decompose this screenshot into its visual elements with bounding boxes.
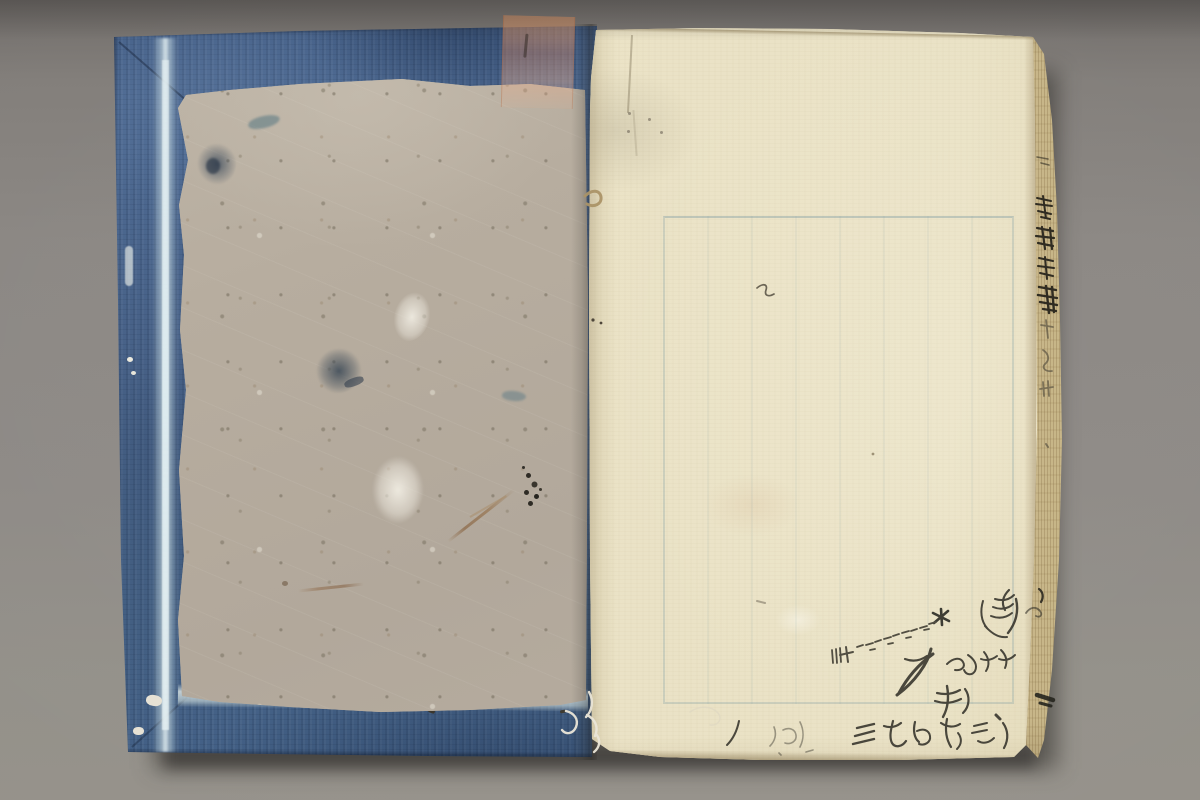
dirt-speck (627, 130, 630, 133)
cover-left-edge (106, 36, 119, 754)
brown-fleck (282, 581, 288, 586)
page-crease (627, 35, 633, 113)
paste-blotch (389, 289, 435, 345)
cover-wear-chip (131, 371, 136, 375)
blue-fibre-clump (311, 343, 367, 399)
cover-wear-chip (127, 357, 133, 362)
cover-wear-chip (133, 727, 144, 735)
cover-worn-fold-stripe-core (162, 60, 169, 730)
tape-crease-mark (523, 34, 528, 58)
repair-tape (501, 15, 575, 109)
dirt-speck (648, 118, 651, 121)
dirt-speck (660, 131, 663, 134)
dirt-speck (628, 112, 631, 115)
page-gutter-shading (589, 28, 617, 758)
brown-fibre-streak (298, 583, 364, 593)
show-through-print-frame (663, 216, 1014, 704)
ink-speck-cluster (522, 466, 525, 469)
fibre-smudge (501, 389, 526, 402)
page-crease (632, 110, 637, 156)
blue-fibre-clump-core (206, 158, 220, 174)
fibre-smudge (247, 113, 281, 130)
photo-scene (0, 0, 1200, 800)
page-top-edge (591, 27, 1035, 40)
brown-fibre-streak (470, 495, 507, 518)
cover-edge-wear (125, 246, 133, 286)
ink-speck (560, 710, 566, 714)
paste-blotch (372, 456, 424, 524)
